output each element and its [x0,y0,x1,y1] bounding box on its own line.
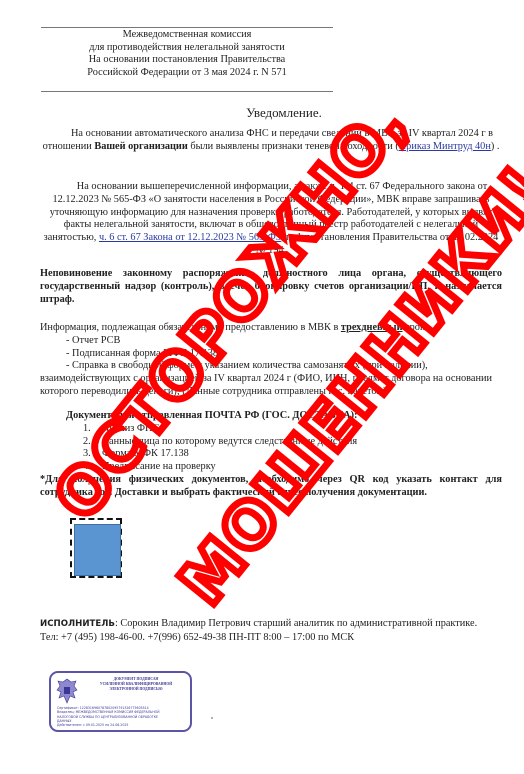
paragraph-legal-basis: На основании вышеперечисленной информаци… [40,181,502,258]
document-title: Уведомление. [0,105,524,121]
executor-block: ИСПОЛНИТЕЛЬ: Сорокин Владимир Петрович с… [40,617,504,644]
header-rule-top [41,27,333,28]
docs-heading: Документация отправленная ПОЧТА РФ (ГОС.… [66,410,524,423]
executor-label: ИСПОЛНИТЕЛЬ [40,619,115,629]
header-line: Межведомственная комиссия [41,29,333,42]
deadline-emphasis: трехдневный [341,322,403,333]
header-line: На основании постановления Правительства [41,54,333,67]
executor-phones: Тел: +7 (495) 198-46-00. +7(996) 652-49-… [40,631,504,644]
qr-instructions: *Для получения физических документов, не… [40,474,502,500]
document-page: Межведомственная комиссия для противодей… [0,0,524,774]
header-line: Российской Федерации от 3 мая 2024 г. N … [41,67,333,80]
list-item: - Отчет РСВ [40,335,502,348]
stray-mark [211,717,213,719]
list-item: 3.Форма МФК 17.138 [83,448,357,461]
stamp-heading: ДОКУМЕНТ ПОДПИСАН УСИЛЕННОЙ КВАЛИФИЦИРОВ… [81,677,191,693]
paragraph-analysis: На основании автоматического анализа ФНС… [40,128,502,154]
order-link[interactable]: Приказ Минтруд 40н [399,141,491,152]
law-link[interactable]: ч. 6 ст. 67 Закона от 12.12.2023 № 565-Ф… [99,232,281,243]
executor-name: : Сорокин Владимир Петрович старший анал… [115,618,477,629]
qr-redaction-box [74,524,121,576]
header-rule-bottom [41,91,333,92]
list-item: - Справка в свободной форме с указанием … [40,360,502,398]
stamp-details: Сертификат: 1228316960787802095791326775… [57,706,189,727]
issuer-header: Межведомственная комиссия для противодей… [41,29,333,79]
coat-of-arms-icon [55,677,79,705]
docs-list: 1.Анализ ФНС 2.Данные лица по которому в… [83,423,357,473]
list-item: 2.Данные лица по которому ведутся следст… [83,436,357,449]
required-info: Информация, подлежащая обязательному пре… [40,322,502,399]
list-item: 1.Анализ ФНС [83,423,357,436]
header-line: для противодействия нелегальной занятост… [41,42,333,55]
penalty-warning: Неповиновение законному распоряжению дол… [40,268,502,306]
org-emphasis: Вашей организации [94,141,187,152]
list-item: 4.Предписание на проверку [83,461,357,474]
e-signature-stamp: ДОКУМЕНТ ПОДПИСАН УСИЛЕННОЙ КВАЛИФИЦИРОВ… [49,671,192,732]
list-item: - Подписанная форма МФК 17.138 [40,348,502,361]
